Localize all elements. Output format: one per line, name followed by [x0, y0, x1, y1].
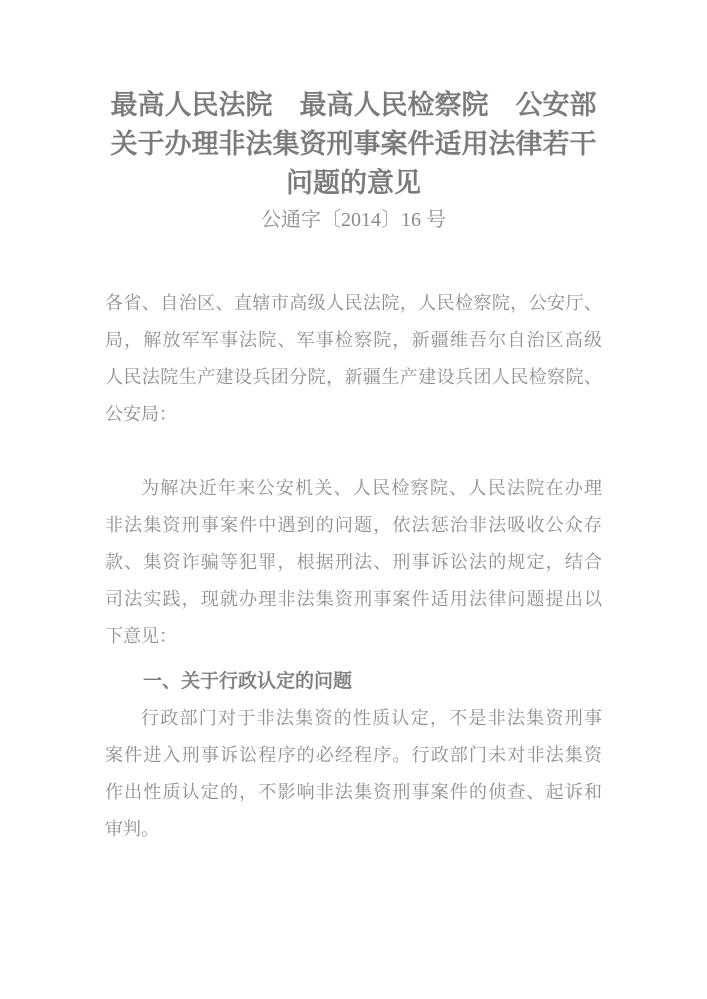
document-title-line: 最高人民法院 最高人民检察院 公安部 — [105, 86, 602, 125]
document-title-line: 关于办理非法集资刑事案件适用法律若干 — [105, 125, 602, 164]
document-number: 公通字〔2014〕16 号 — [105, 205, 602, 235]
text-line: 为解决近年来公安机关、人民检察院、人民法院在办理 — [105, 470, 602, 507]
text-line: 作出性质认定的，不影响非法集资刑事案件的侦查、起诉和 — [105, 774, 602, 811]
document-title-line: 问题的意见 — [105, 164, 602, 203]
section-heading: 一、关于行政认定的问题 — [105, 663, 602, 700]
document-title: 最高人民法院 最高人民检察院 公安部关于办理非法集资刑事案件适用法律若干问题的意… — [105, 86, 602, 203]
text-line: 一、关于行政认定的问题 — [105, 663, 602, 700]
text-line: 人民法院生产建设兵团分院，新疆生产建设兵团人民检察院、 — [105, 359, 602, 396]
document-page: 最高人民法院 最高人民检察院 公安部关于办理非法集资刑事案件适用法律若干问题的意… — [0, 0, 707, 999]
text-line: 非法集资刑事案件中遇到的问题，依法惩治非法吸收公众存 — [105, 507, 602, 544]
text-line: 行政部门对于非法集资的性质认定，不是非法集资刑事 — [105, 700, 602, 737]
text-line: 各省、自治区、直辖市高级人民法院，人民检察院，公安厅、 — [105, 285, 602, 322]
text-line: 局，解放军军事法院、军事检察院，新疆维吾尔自治区高级 — [105, 322, 602, 359]
text-line: 下意见： — [105, 618, 602, 655]
text-line: 司法实践，现就办理非法集资刑事案件适用法律问题提出以 — [105, 581, 602, 618]
paragraph: 为解决近年来公安机关、人民检察院、人民法院在办理非法集资刑事案件中遇到的问题，依… — [105, 470, 602, 655]
text-line: 款、集资诈骗等犯罪，根据刑法、刑事诉讼法的规定，结合 — [105, 544, 602, 581]
text-line: 审判。 — [105, 811, 602, 848]
text-line: 案件进入刑事诉讼程序的必经程序。行政部门未对非法集资 — [105, 737, 602, 774]
paragraph: 行政部门对于非法集资的性质认定，不是非法集资刑事案件进入刑事诉讼程序的必经程序。… — [105, 700, 602, 848]
paragraph: 各省、自治区、直辖市高级人民法院，人民检察院，公安厅、局，解放军军事法院、军事检… — [105, 285, 602, 433]
document-body: 各省、自治区、直辖市高级人民法院，人民检察院，公安厅、局，解放军军事法院、军事检… — [105, 285, 602, 848]
text-line: 公安局： — [105, 396, 602, 433]
